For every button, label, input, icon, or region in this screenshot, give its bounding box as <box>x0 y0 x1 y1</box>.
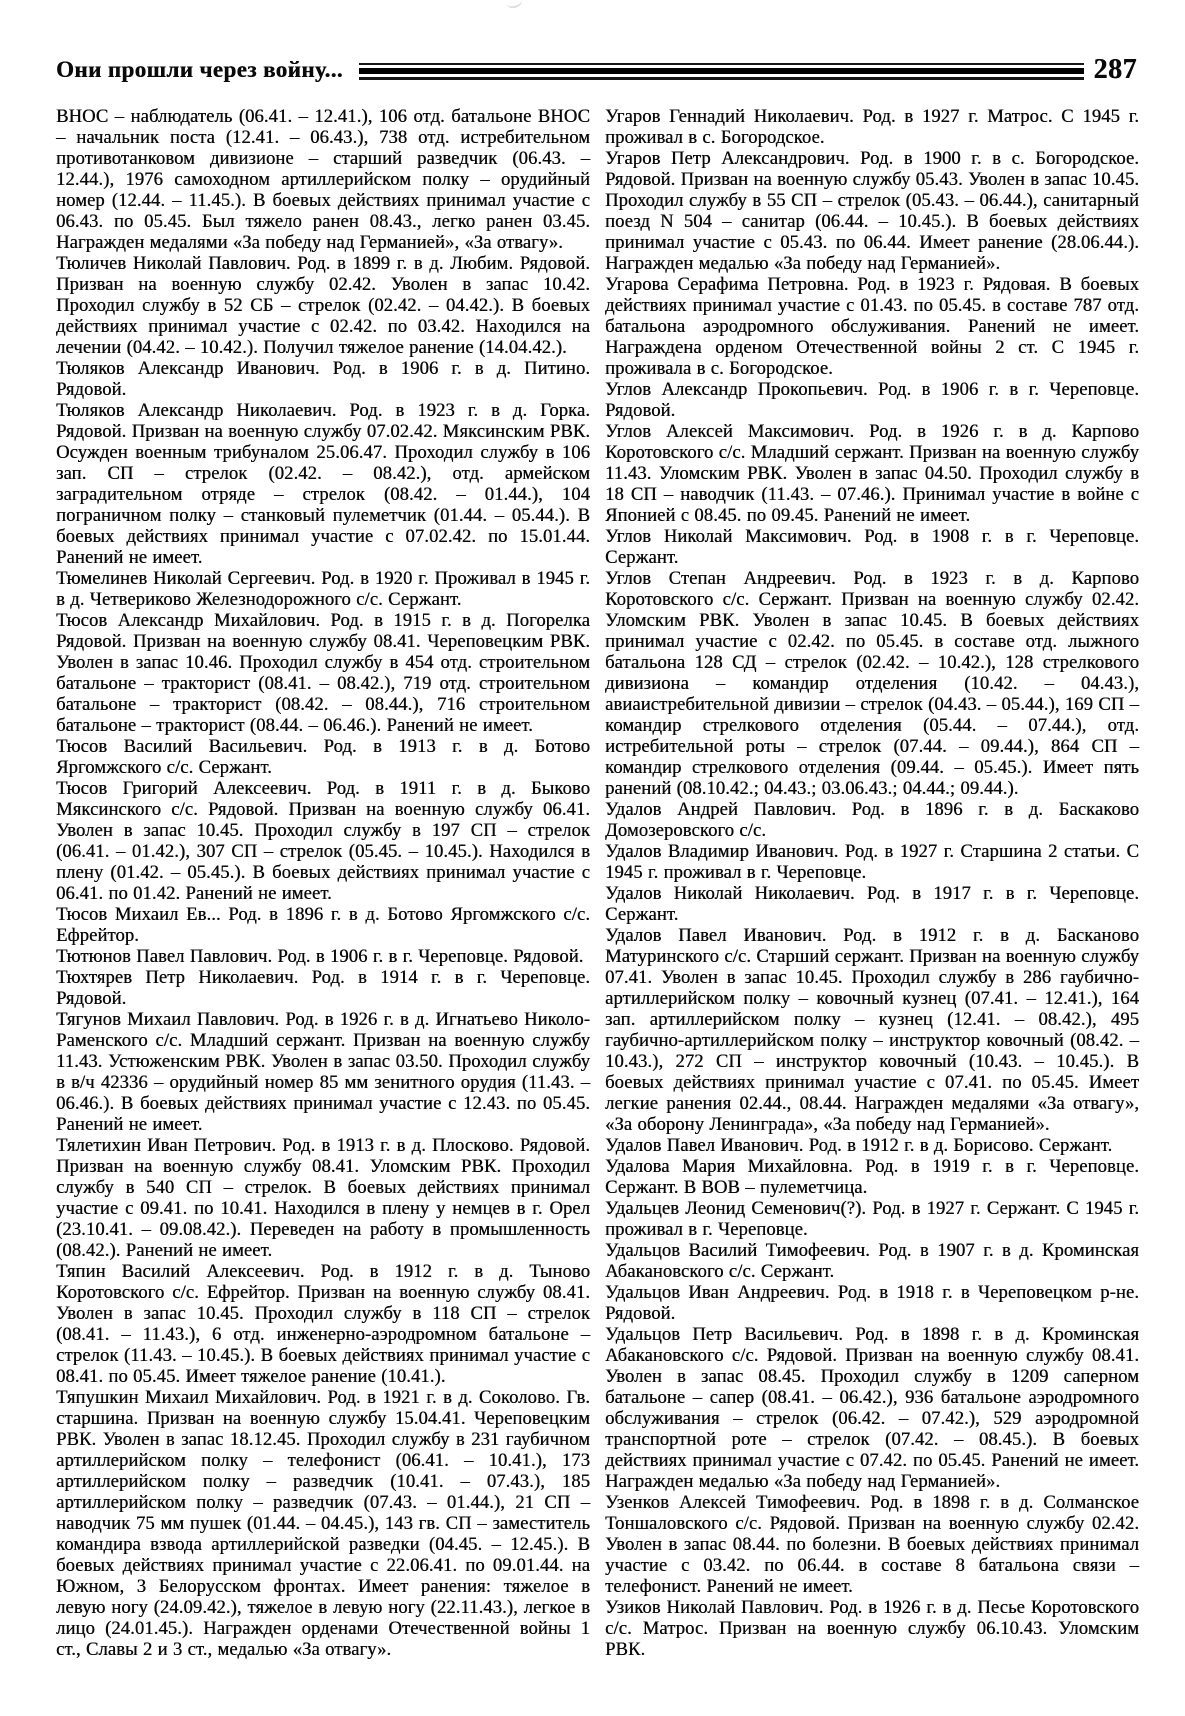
entry-paragraph: Узенков Алексей Тимофеевич. Род. в 1898 … <box>605 1492 1139 1597</box>
entry-paragraph: Тюляков Александр Иванович. Род. в 1906 … <box>56 358 590 400</box>
entry-paragraph: Удальцев Леонид Семенович(?). Род. в 192… <box>605 1198 1139 1240</box>
header-rule-thick <box>359 68 1084 74</box>
entry-paragraph: Удалов Владимир Иванович. Род. в 1927 г.… <box>605 841 1139 883</box>
running-title: Они прошли через войну... <box>56 57 343 83</box>
entry-paragraph: Тюмелинев Николай Сергеевич. Род. в 1920… <box>56 568 590 610</box>
entry-paragraph: Удалова Мария Михайловна. Род. в 1919 г.… <box>605 1156 1139 1198</box>
entry-paragraph: Тягунов Михаил Павлович. Род. в 1926 г. … <box>56 1009 590 1135</box>
entry-paragraph: Тюляков Александр Николаевич. Род. в 192… <box>56 400 590 568</box>
entry-paragraph: Тюхтярев Петр Николаевич. Род. в 1914 г.… <box>56 967 590 1009</box>
page-number: 287 <box>1094 54 1138 86</box>
entry-paragraph: Углов Степан Андреевич. Род. в 1923 г. в… <box>605 568 1139 799</box>
entry-paragraph: Тюсов Василий Васильевич. Род. в 1913 г.… <box>56 736 590 778</box>
entry-paragraph: Тяпин Василий Алексеевич. Род. в 1912 г.… <box>56 1261 590 1387</box>
entry-paragraph: Углов Александр Прокопьевич. Род. в 1906… <box>605 379 1139 421</box>
entry-paragraph: Удальцов Василий Тимофеевич. Род. в 1907… <box>605 1240 1139 1282</box>
entry-paragraph: Удалов Николай Николаевич. Род. в 1917 г… <box>605 883 1139 925</box>
entry-paragraph: Удалов Андрей Павлович. Род. в 1896 г. в… <box>605 799 1139 841</box>
entry-paragraph: Тюличев Николай Павлович. Род. в 1899 г.… <box>56 253 590 358</box>
entry-paragraph: Угарова Серафима Петровна. Род. в 1923 г… <box>605 274 1139 379</box>
entry-paragraph: Удалов Павел Иванович. Род. в 1912 г. в … <box>605 1135 1139 1156</box>
entry-paragraph: Тютюнов Павел Павлович. Род. в 1906 г. в… <box>56 946 590 967</box>
entry-paragraph: Узиков Николай Павлович. Род. в 1926 г. … <box>605 1597 1139 1660</box>
header-rule-thin-bottom <box>359 77 1084 80</box>
entry-paragraph: Угаров Геннадий Николаевич. Род. в 1927 … <box>605 106 1139 148</box>
entry-paragraph: Углов Николай Максимович. Род. в 1908 г.… <box>605 526 1139 568</box>
entry-paragraph: Тюсов Александр Михайлович. Род. в 1915 … <box>56 610 590 736</box>
right-column: Угаров Геннадий Николаевич. Род. в 1927 … <box>605 106 1139 1660</box>
entry-paragraph: Удальцов Иван Андреевич. Род. в 1918 г. … <box>605 1282 1139 1324</box>
scan-artifact-mark <box>505 0 523 10</box>
entry-paragraph: ВНОС – наблюдатель (06.41. – 12.41.), 10… <box>56 106 590 253</box>
left-column: ВНОС – наблюдатель (06.41. – 12.41.), 10… <box>56 106 590 1660</box>
entry-paragraph: Углов Алексей Максимович. Род. в 1926 г.… <box>605 421 1139 526</box>
header-rule-thin-top <box>359 63 1084 65</box>
entry-paragraph: Тюсов Григорий Алексеевич. Род. в 1911 г… <box>56 778 590 904</box>
entry-paragraph: Удальцов Петр Васильевич. Род. в 1898 г.… <box>605 1324 1139 1492</box>
entry-paragraph: Удалов Павел Иванович. Род. в 1912 г. в … <box>605 925 1139 1135</box>
entry-paragraph: Угаров Петр Александрович. Род. в 1900 г… <box>605 148 1139 274</box>
entry-paragraph: Тялетихин Иван Петрович. Род. в 1913 г. … <box>56 1135 590 1261</box>
book-page: Они прошли через войну... 287 ВНОС – наб… <box>0 0 1185 1716</box>
entry-paragraph: Тюсов Михаил Ев... Род. в 1896 г. в д. Б… <box>56 904 590 946</box>
entry-paragraph: Тяпушкин Михаил Михайлович. Род. в 1921 … <box>56 1387 590 1660</box>
running-header: Они прошли через войну... 287 <box>56 54 1137 86</box>
text-columns: ВНОС – наблюдатель (06.41. – 12.41.), 10… <box>56 106 1139 1660</box>
header-rule <box>359 63 1084 80</box>
